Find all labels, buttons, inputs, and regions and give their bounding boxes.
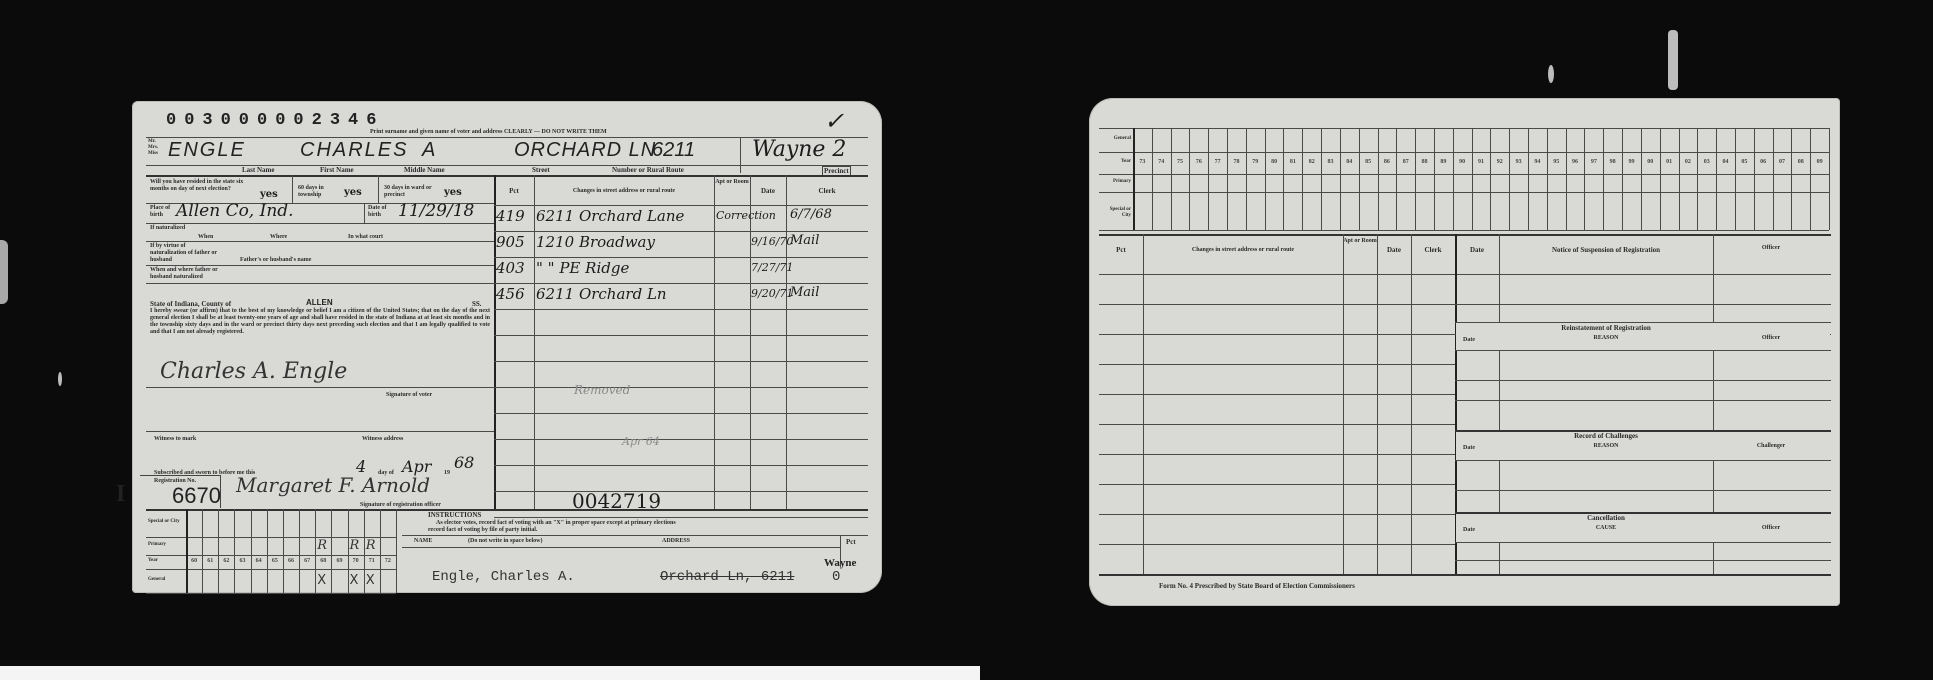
q-state-residence: Will you have resided in the state six m… [150, 179, 262, 193]
change-pct: 905 [496, 233, 525, 251]
grid-year: 71 [364, 558, 380, 564]
label-if-naturalized: If naturalized [150, 225, 200, 232]
precinct-value: Wayne 2 [752, 137, 846, 162]
change-date: 9/20/71 [751, 287, 793, 300]
row-line [494, 335, 868, 336]
grid-year: 94 [1528, 159, 1547, 165]
pencil-note: Apr 64 [622, 435, 660, 448]
change-apt: Correction [716, 209, 776, 222]
grid-line [1810, 128, 1811, 230]
grid-row-label: Primary [1101, 179, 1131, 185]
place-of-birth: Allen Co, Ind. [176, 201, 294, 221]
change-address: 6211 Orchard Ln [536, 285, 667, 303]
grid-year: 99 [1622, 159, 1641, 165]
grid-line [1133, 128, 1135, 230]
row-line [494, 309, 868, 310]
label-witness-mark: Witness to mark [154, 435, 196, 443]
label-number: Number or Rural Route [612, 166, 684, 174]
grid-line [267, 509, 268, 593]
grid-year: 91 [1472, 159, 1491, 165]
grid-year: 65 [267, 558, 283, 564]
back-col-apt: Apt or Room [1343, 238, 1377, 245]
pencil-note: Removed [574, 383, 630, 397]
oath-county: ALLEN [306, 298, 333, 307]
grid-year: 07 [1773, 159, 1792, 165]
registration-card-back: GeneralYearPrimarySpecial or City7374757… [1089, 98, 1840, 606]
grid-line [251, 509, 252, 593]
grid-line [1340, 128, 1341, 230]
officer-signature: Margaret F. Arnold [236, 473, 430, 497]
grid-line [1660, 128, 1661, 230]
street-name: ORCHARD LN [514, 139, 656, 162]
row-line [1099, 304, 1455, 305]
general-mark: X [317, 573, 326, 588]
grid-row-label: General [148, 577, 184, 583]
change-date: 9/16/70 [751, 235, 793, 248]
back-col-date: Date [1377, 246, 1411, 254]
challenges-date-label: Date [1463, 444, 1475, 452]
row-line [1099, 364, 1455, 365]
label-year-prefix: 19 [444, 469, 450, 477]
back-vote-grid: GeneralYearPrimarySpecial or City7374757… [1099, 128, 1829, 230]
vote-record-grid: Special or CityPrimaryYearGeneral6061626… [146, 509, 396, 593]
grid-line [331, 509, 332, 593]
primary-mark: R [350, 538, 360, 553]
typed-pct: 0 [832, 569, 840, 585]
grid-year: 72 [380, 558, 396, 564]
grid-line [146, 555, 396, 556]
row-line [1099, 484, 1455, 485]
label-virtue-of: If by virtue of naturalization of father… [150, 243, 218, 264]
grid-line [1171, 128, 1172, 230]
row-line [494, 491, 868, 492]
change-clerk: Mail [790, 285, 819, 300]
row-line [494, 361, 868, 362]
row-line [494, 283, 868, 284]
back-col-clerk: Clerk [1411, 246, 1455, 254]
grid-year: 95 [1547, 159, 1566, 165]
grid-line [1584, 128, 1585, 230]
suspension-date-label: Date [1455, 246, 1499, 254]
label-first-name: First Name [320, 166, 354, 174]
label-middle-name: Middle Name [404, 166, 445, 174]
grid-line [146, 569, 396, 570]
grid-line [234, 509, 235, 593]
grid-line [364, 509, 365, 593]
grid-line [1754, 128, 1755, 230]
grid-year: 73 [1133, 159, 1152, 165]
grid-year: 85 [1359, 159, 1378, 165]
check-mark: ✓ [824, 107, 844, 135]
grid-year: 64 [251, 558, 267, 564]
grid-year: 66 [283, 558, 299, 564]
prefix-labels: Mr.Mrs.Miss [148, 139, 158, 157]
grid-line [1603, 128, 1604, 230]
change-clerk: 6/7/68 [790, 207, 832, 222]
change-pct: 419 [496, 207, 525, 225]
grid-line [1415, 128, 1416, 230]
grid-row-label: Primary [148, 542, 184, 548]
grid-line [1453, 128, 1454, 230]
grid-year: 61 [202, 558, 218, 564]
grid-year: 74 [1152, 159, 1171, 165]
grid-line [202, 509, 203, 593]
cancellation-cause-label: CAUSE [1499, 524, 1713, 532]
grid-year: 62 [218, 558, 234, 564]
change-address: " " PE Ridge [536, 259, 629, 277]
cancellation-date-label: Date [1463, 526, 1475, 534]
last-name: ENGLE [168, 139, 246, 162]
grid-year: 63 [234, 558, 250, 564]
grid-row-label: Special or City [148, 519, 184, 525]
grid-row-label: Year [148, 558, 184, 564]
first-name: CHARLES [300, 139, 408, 162]
label-witness-address: Witness address [362, 435, 403, 443]
typed-address: Orchard Ln, 6211 [660, 569, 794, 585]
grid-line [186, 509, 188, 593]
dust-speck [0, 240, 8, 304]
form-footer: Form No. 4 Prescribed by State Board of … [1159, 582, 1355, 590]
general-mark: X [350, 573, 359, 588]
grid-year: 93 [1509, 159, 1528, 165]
bottom-white-strip [0, 666, 980, 680]
grid-line [1099, 230, 1829, 231]
grid-line [299, 509, 300, 593]
label-signature-voter: Signature of voter [386, 391, 432, 399]
date-of-birth: 11/29/18 [398, 201, 474, 221]
grid-year: 88 [1415, 159, 1434, 165]
change-pct: 403 [496, 259, 525, 277]
cancellation-title: Cancellation [1499, 514, 1713, 522]
suspension-title: Notice of Suspension of Registration [1499, 246, 1713, 254]
row-line [494, 517, 868, 518]
col-pct: Pct [494, 187, 534, 195]
grid-line [1566, 128, 1567, 230]
grid-year: 81 [1283, 159, 1302, 165]
col-date: Date [750, 187, 786, 195]
serial-number: 003000002346 [166, 111, 384, 130]
grid-year: 77 [1208, 159, 1227, 165]
label-father-naturalized: When and where father or husband natural… [150, 267, 230, 281]
grid-line [218, 509, 219, 593]
grid-year: 83 [1321, 159, 1340, 165]
row-line [1099, 334, 1455, 335]
grid-year: 06 [1754, 159, 1773, 165]
reinstatement-officer-label: Officer [1713, 334, 1829, 342]
dust-speck [58, 372, 62, 386]
grid-line [1735, 128, 1736, 230]
registration-number: 6670 [172, 483, 221, 509]
label-date-of-birth: Date of birth [368, 205, 398, 219]
precinct-stamp: Wayne [824, 557, 856, 569]
grid-year: 82 [1302, 159, 1321, 165]
oath-ss: SS. [472, 300, 482, 308]
grid-year: 96 [1566, 159, 1585, 165]
grid-year: 60 [186, 558, 202, 564]
grid-line [1378, 128, 1379, 230]
grid-line [1227, 128, 1228, 230]
grid-line [283, 509, 284, 593]
grid-year: 05 [1735, 159, 1754, 165]
row-line [494, 439, 868, 440]
roman-numeral: I [116, 481, 125, 508]
label-when: When [198, 233, 213, 241]
reinstatement-date-label: Date [1463, 336, 1475, 344]
change-date: 7/27/71 [751, 261, 793, 274]
cancellation-officer-label: Officer [1713, 524, 1829, 532]
grid-year: 67 [299, 558, 315, 564]
label-last-name: Last Name [242, 166, 274, 174]
change-address: 6211 Orchard Lane [536, 207, 684, 225]
grid-line [1697, 128, 1698, 230]
grid-year: 98 [1603, 159, 1622, 165]
label-pct: Pct [846, 538, 856, 546]
label-officer-signature: Signature of registration officer [360, 501, 441, 509]
change-clerk: Mail [790, 233, 819, 248]
row-line [1455, 304, 1831, 305]
grid-year: 87 [1396, 159, 1415, 165]
grid-line [1283, 128, 1284, 230]
grid-line [1434, 128, 1435, 230]
row-line [494, 413, 868, 414]
grid-line [1547, 128, 1548, 230]
challenger-label: Challenger [1713, 442, 1829, 450]
street-number: 6211 [652, 139, 695, 162]
instructions-title: INSTRUCTIONS [428, 511, 481, 519]
grid-line [1246, 128, 1247, 230]
row-line [1455, 380, 1831, 381]
voter-signature: Charles A. Engle [160, 359, 347, 384]
row-line [494, 465, 868, 466]
label-street: Street [532, 166, 550, 174]
grid-line [396, 509, 397, 593]
change-pct: 456 [496, 285, 525, 303]
grid-line [1528, 128, 1529, 230]
row-line [1099, 394, 1455, 395]
general-mark: X [366, 573, 375, 588]
label-court: In what court [348, 233, 383, 241]
grid-line [1189, 128, 1190, 230]
grid-year: 97 [1584, 159, 1603, 165]
label-address: ADDRESS [662, 537, 690, 545]
grid-line [1622, 128, 1623, 230]
typed-name: Engle, Charles A. [432, 569, 575, 585]
middle-name: A [422, 139, 435, 162]
grid-line [1302, 128, 1303, 230]
grid-line [1791, 128, 1792, 230]
primary-mark: R [317, 538, 327, 553]
col-changes: Changes in street address or rural route [534, 187, 714, 195]
grid-line [1490, 128, 1491, 230]
instructions-line2: record fact of voting by file of party i… [428, 526, 537, 534]
grid-year: 76 [1189, 159, 1208, 165]
label-father-name: Father's or husband's name [240, 256, 311, 264]
a-state-residence: yes [260, 189, 278, 200]
grid-line [1509, 128, 1510, 230]
oath-state-line: State of Indiana, County of [150, 300, 231, 308]
grid-year: 04 [1716, 159, 1735, 165]
grid-row-label: General [1101, 136, 1131, 142]
header-instruction: Print surname and given name of voter an… [370, 128, 607, 136]
label-where: Where [270, 233, 287, 241]
row-line [1455, 490, 1831, 491]
grid-line [1829, 128, 1830, 230]
grid-year: 86 [1378, 159, 1397, 165]
grid-year: 08 [1791, 159, 1810, 165]
grid-year: 03 [1697, 159, 1716, 165]
grid-year: 90 [1453, 159, 1472, 165]
a-ward: yes [444, 187, 462, 198]
row-line [494, 387, 868, 388]
grid-line [1641, 128, 1642, 230]
grid-line [1208, 128, 1209, 230]
dust-speck [1668, 30, 1678, 90]
label-do-not-write: (Do not write in space below) [468, 537, 543, 545]
suspension-officer-label: Officer [1713, 244, 1829, 252]
challenges-reason-label: REASON [1499, 442, 1713, 450]
grid-row-label: Year [1101, 159, 1131, 165]
grid-year: 01 [1660, 159, 1679, 165]
grid-row-label: Special or City [1101, 207, 1131, 219]
row-line [1455, 400, 1831, 401]
grid-year: 00 [1641, 159, 1660, 165]
reinstatement-reason-label: REASON [1499, 334, 1713, 342]
grid-line [1396, 128, 1397, 230]
grid-year: 80 [1265, 159, 1284, 165]
col-clerk: Clerk [786, 187, 868, 195]
grid-year: 92 [1490, 159, 1509, 165]
primary-mark: R [366, 538, 376, 553]
grid-line [1716, 128, 1717, 230]
grid-year: 69 [331, 558, 347, 564]
grid-line [1472, 128, 1473, 230]
grid-year: 75 [1171, 159, 1190, 165]
grid-line [1773, 128, 1774, 230]
grid-line [1321, 128, 1322, 230]
grid-line [1359, 128, 1360, 230]
back-col-changes: Changes in street address or rural route [1143, 246, 1343, 254]
grid-year: 89 [1434, 159, 1453, 165]
subscribed-year: 68 [454, 453, 474, 472]
reinstatement-title: Reinstatement of Registration [1499, 324, 1713, 332]
grid-line [1679, 128, 1680, 230]
challenges-title: Record of Challenges [1499, 432, 1713, 440]
grid-year: 09 [1810, 159, 1829, 165]
col-apt: Apt or Room [714, 179, 750, 186]
grid-line [348, 509, 349, 593]
grid-line [380, 509, 381, 593]
row-line [1099, 544, 1455, 545]
q-township: 60 days in township [298, 185, 348, 199]
grid-year: 02 [1679, 159, 1698, 165]
grid-year: 84 [1340, 159, 1359, 165]
row-line [494, 257, 868, 258]
row-line [1099, 514, 1455, 515]
grid-year: 68 [315, 558, 331, 564]
registration-card-front: 003000002346 Print surname and given nam… [132, 101, 882, 593]
grid-line [1265, 128, 1266, 230]
grid-year: 70 [348, 558, 364, 564]
row-line [1099, 454, 1455, 455]
back-col-pct: Pct [1099, 246, 1143, 254]
dust-speck [1548, 65, 1554, 83]
row-line [494, 231, 868, 232]
grid-year: 78 [1227, 159, 1246, 165]
a-township: yes [344, 187, 362, 198]
oath-text: I hereby swear (or affirm) that to the b… [150, 308, 490, 336]
row-line [1099, 424, 1455, 425]
grid-year: 79 [1246, 159, 1265, 165]
change-address: 1210 Broadway [536, 233, 655, 251]
grid-line [146, 593, 396, 594]
label-name: NAME [414, 537, 432, 545]
row-line [1455, 560, 1831, 561]
q-ward: 30 days in ward or precinct [384, 185, 444, 199]
grid-line [1152, 128, 1153, 230]
